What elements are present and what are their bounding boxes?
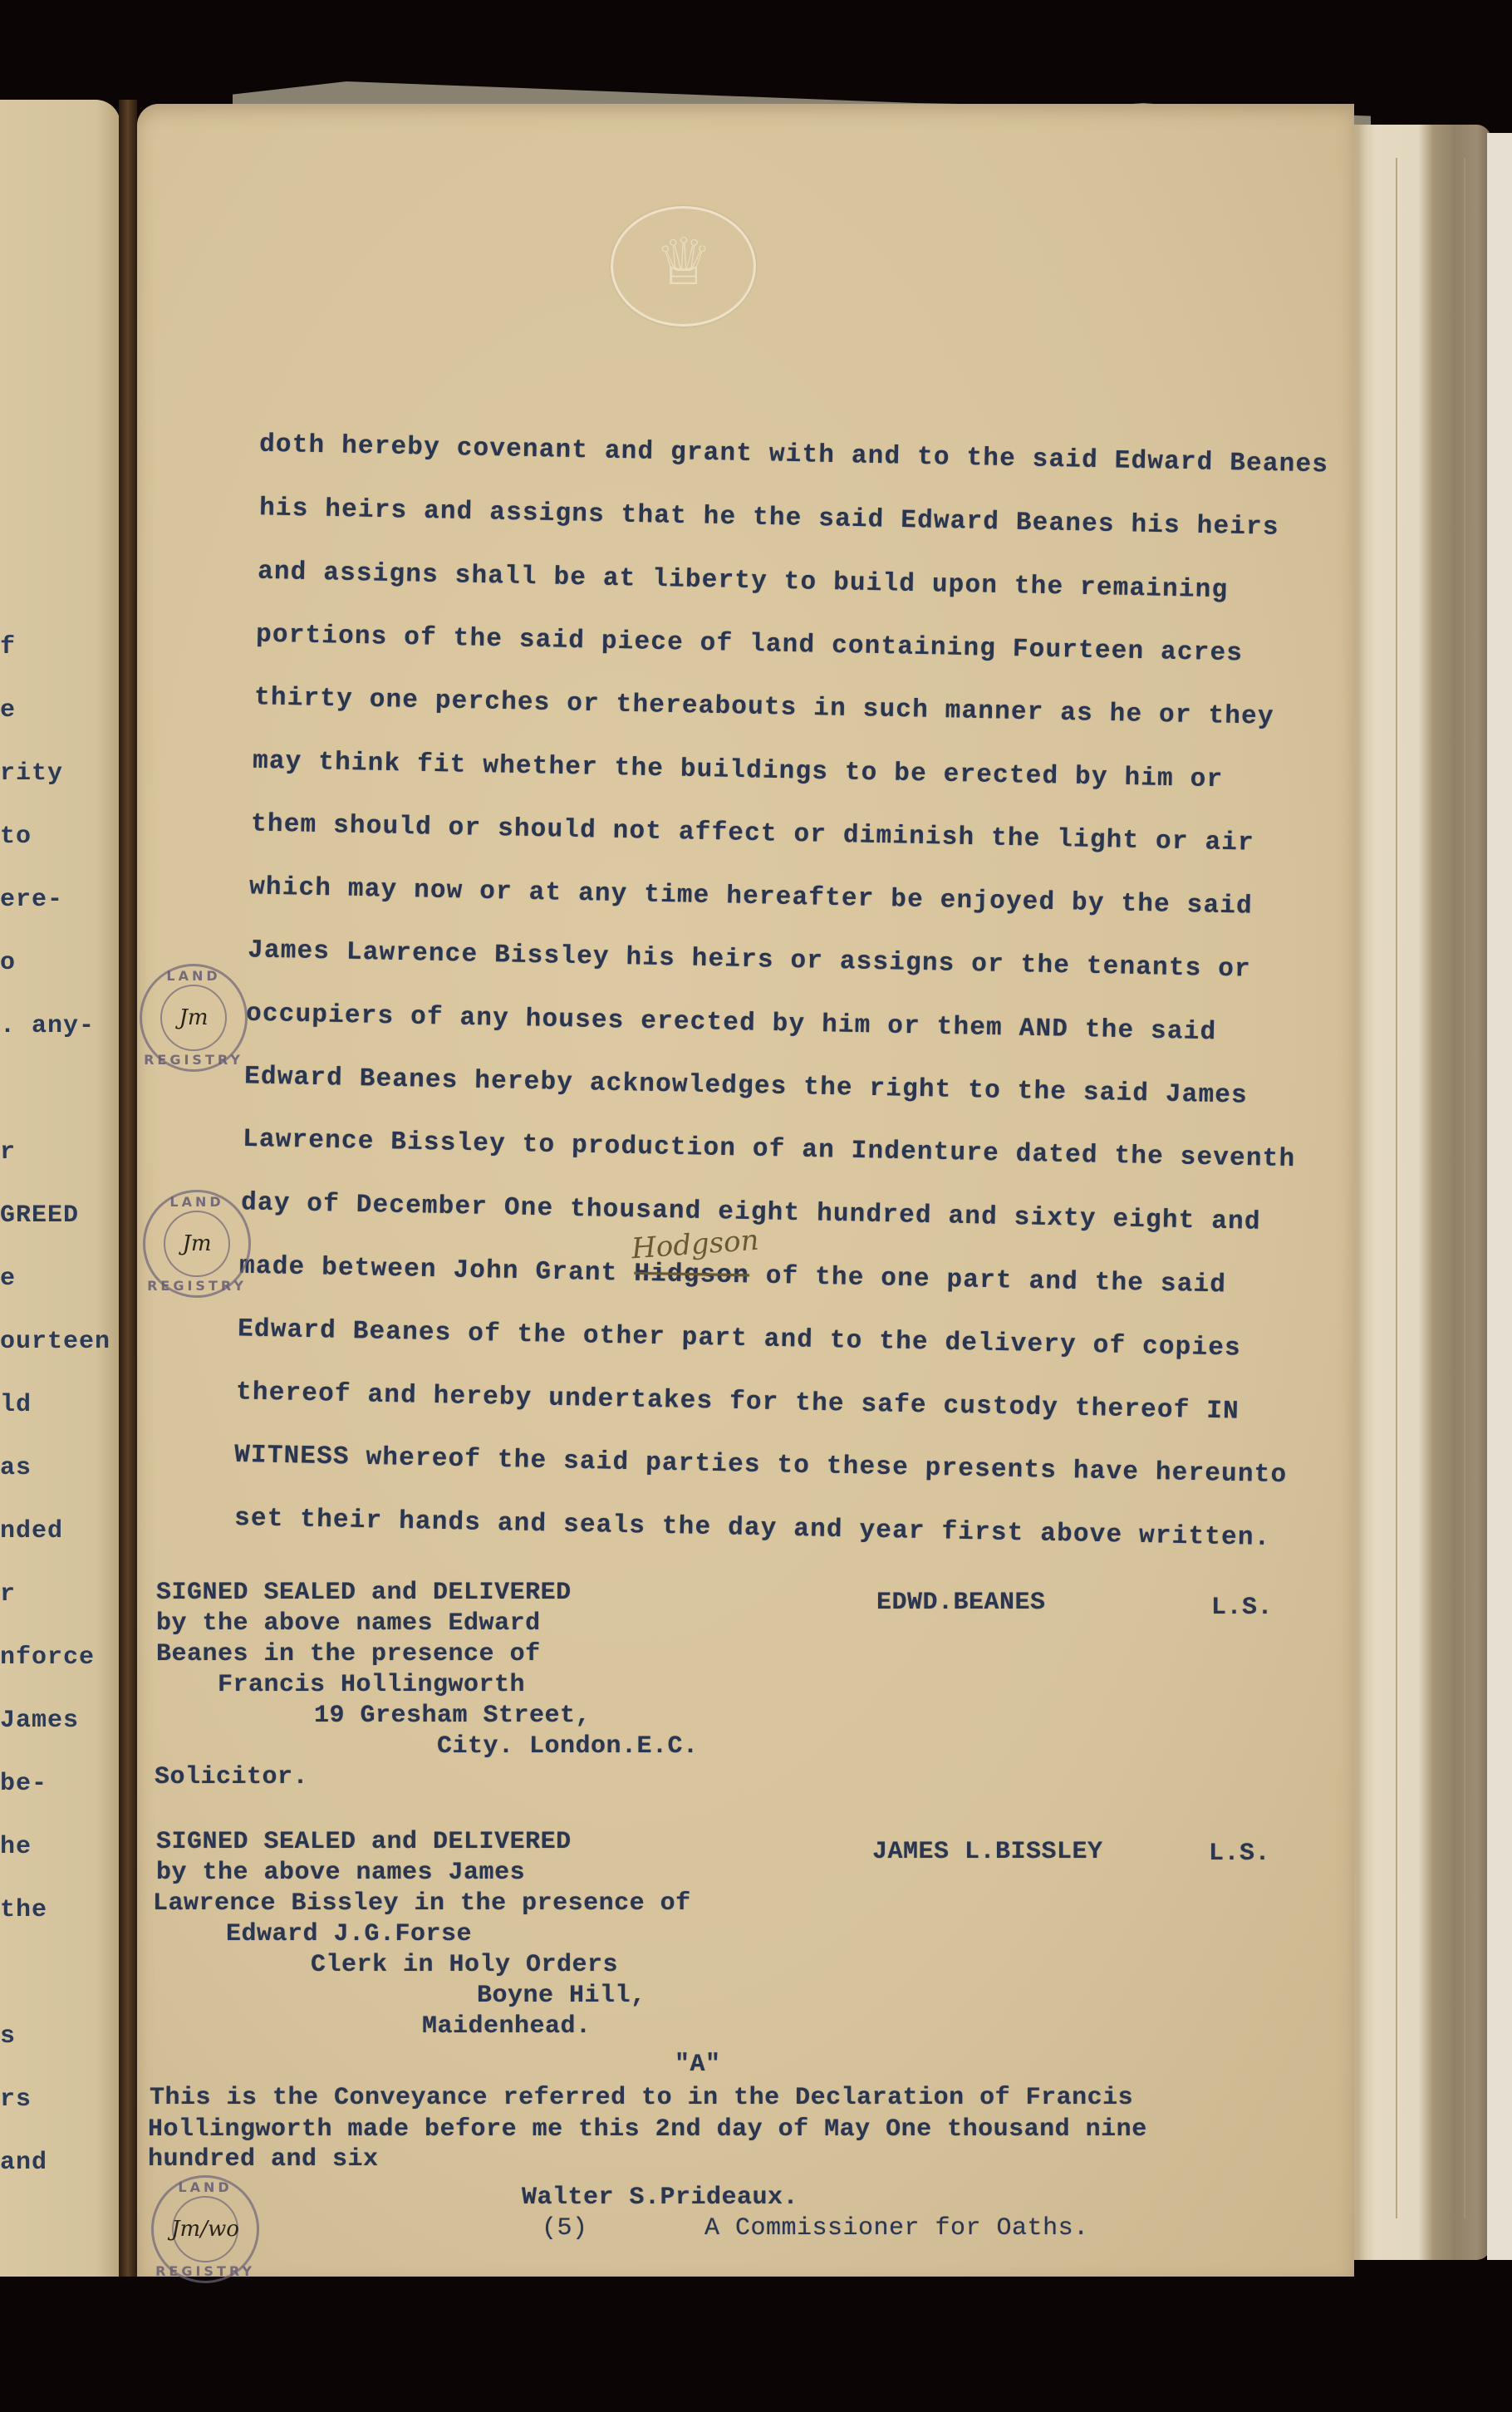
left-page-fragment: r xyxy=(0,1138,116,1167)
witness-name: Edward J.G.Forse xyxy=(226,1920,472,1948)
left-page-fragment: James xyxy=(0,1707,116,1735)
left-page-fragment: the xyxy=(0,1896,116,1924)
left-page-fragment: rity xyxy=(0,759,116,788)
stacked-page-edges xyxy=(1346,125,1491,2260)
left-page-fragment: nded xyxy=(0,1517,116,1545)
witness-occupation: Solicitor. xyxy=(155,1763,308,1791)
left-page-fragment: be- xyxy=(0,1770,116,1798)
witness-address: Maidenhead. xyxy=(422,2012,592,2041)
land-registry-stamp-icon: LAND Jm REGISTRY xyxy=(140,964,248,1072)
attestation-line: by the above names Edward xyxy=(156,1609,541,1638)
left-page-fragment: e xyxy=(0,1265,116,1293)
exhibit-line: hundred and six xyxy=(148,2145,379,2174)
witness-name: Francis Hollingworth xyxy=(218,1671,525,1699)
left-page-fragment: he xyxy=(0,1833,116,1861)
land-registry-stamp-icon: LAND Jm REGISTRY xyxy=(143,1190,251,1298)
left-page-fragment: rs xyxy=(0,2085,116,2114)
left-page-fragment: ourteen xyxy=(0,1328,116,1356)
left-page-fragment: and xyxy=(0,2149,116,2177)
left-page-fragment: s xyxy=(0,2022,116,2051)
left-page-fragment: GREED xyxy=(0,1201,116,1230)
seal-mark: L.S. xyxy=(1211,1594,1273,1622)
attestation-line: SIGNED SEALED and DELIVERED xyxy=(156,1579,572,1607)
left-page-fragment: ld xyxy=(0,1391,116,1419)
land-registry-stamp-icon: LAND Jm/wo REGISTRY xyxy=(151,2175,259,2283)
left-page-fragment: . any- xyxy=(0,1012,116,1040)
attestation-line: Beanes in the presence of xyxy=(156,1640,541,1668)
left-page-fragment: f xyxy=(0,633,116,661)
royal-coat-of-arms-emboss-icon xyxy=(611,206,756,327)
left-page-fragment: to xyxy=(0,823,116,851)
left-page-fragment: o xyxy=(0,949,116,977)
witness-occupation: Clerk in Holy Orders xyxy=(311,1951,618,1979)
attestation-line: by the above names James xyxy=(156,1859,525,1887)
left-page-fragment: r xyxy=(0,1580,116,1609)
book-gutter xyxy=(119,100,137,2277)
left-page-fragment: e xyxy=(0,696,116,725)
signature-edwd-beanes: EDWD.BEANES xyxy=(876,1589,1046,1617)
exhibit-line: This is the Conveyance referred to in th… xyxy=(150,2084,1133,2112)
left-page-fragment: ere- xyxy=(0,886,116,914)
seal-mark: L.S. xyxy=(1209,1840,1270,1868)
exhibit-mark: "A" xyxy=(675,2051,721,2079)
witness-address: City. London.E.C. xyxy=(437,1732,699,1761)
witness-address: Boyne Hill, xyxy=(477,1982,646,2010)
adjacent-sheet xyxy=(1487,133,1512,2260)
left-page-fragment: as xyxy=(0,1454,116,1482)
left-page-fragment: nforce xyxy=(0,1643,116,1672)
stamp-initials: Jm xyxy=(164,1211,230,1277)
commissioner-name: Walter S.Prideaux. xyxy=(522,2184,798,2212)
signature-james-l-bissley: JAMES L.BISSLEY xyxy=(872,1838,1103,1866)
attestation-line: SIGNED SEALED and DELIVERED xyxy=(156,1828,572,1856)
stamp-initials: Jm/wo xyxy=(172,2196,238,2262)
page-number: (5) xyxy=(542,2214,588,2243)
witness-address: 19 Gresham Street, xyxy=(314,1702,591,1730)
stamp-initials: Jm xyxy=(160,985,227,1051)
exhibit-line: Hollingworth made before me this 2nd day… xyxy=(148,2115,1147,2144)
left-facing-page: f e rity to ere- o . any- r GREED e ourt… xyxy=(0,100,120,2277)
commissioner-title: A Commissioner for Oaths. xyxy=(704,2214,1089,2243)
attestation-line: Lawrence Bissley in the presence of xyxy=(153,1889,691,1918)
